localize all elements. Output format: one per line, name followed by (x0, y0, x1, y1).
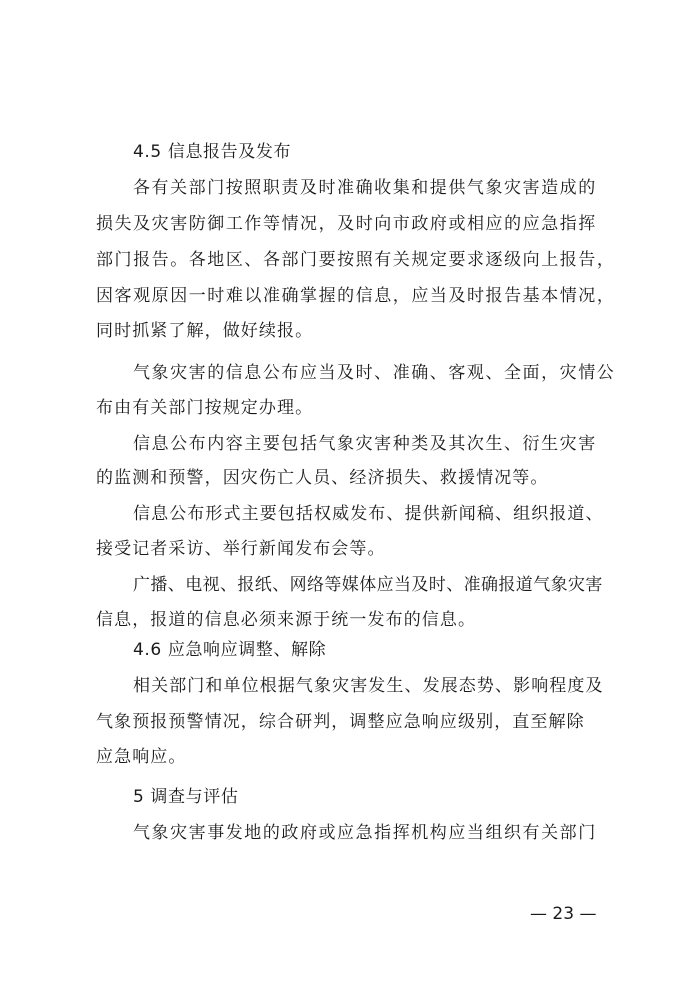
paragraph-line: 接受记者采访、举行新闻发布会等。 (96, 538, 636, 560)
page-number: — 23 — (530, 903, 596, 925)
section-heading-4-5: 4.5 信息报告及发布 (133, 141, 673, 163)
paragraph-line: 应急响应。 (96, 746, 636, 768)
paragraph-line: 信息公布内容主要包括气象灾害种类及其次生、衍生灾害 (133, 433, 673, 455)
paragraph-line: 因客观原因一时难以准确掌握的信息，应当及时报告基本情况， (96, 285, 636, 307)
paragraph-line: 同时抓紧了解，做好续报。 (96, 320, 636, 342)
paragraph-line: 布由有关部门按规定办理。 (96, 397, 636, 419)
paragraph-line: 气象预报预警情况，综合研判，调整应急响应级别，直至解除 (96, 711, 636, 733)
paragraph-line: 广播、电视、报纸、网络等媒体应当及时、准确报道气象灾害 (133, 574, 673, 596)
paragraph-line: 部门报告。各地区、各部门要按照有关规定要求逐级向上报告， (96, 249, 636, 271)
paragraph-line: 信息公布形式主要包括权威发布、提供新闻稿、组织报道、 (133, 503, 673, 525)
paragraph-line: 信息，报道的信息必须来源于统一发布的信息。 (96, 609, 636, 631)
section-heading-4-6: 4.6 应急响应调整、解除 (133, 639, 673, 661)
paragraph-line: 相关部门和单位根据气象灾害发生、发展态势、影响程度及 (133, 675, 673, 697)
document-page: 4.5 信息报告及发布 各有关部门按照职责及时准确收集和提供气象灾害造成的 损失… (0, 0, 700, 990)
section-heading-5: 5 调查与评估 (133, 786, 673, 808)
paragraph-line: 各有关部门按照职责及时准确收集和提供气象灾害造成的 (133, 177, 673, 199)
paragraph-line: 的监测和预警，因灾伤亡人员、经济损失、救援情况等。 (96, 467, 636, 489)
paragraph-line: 气象灾害的信息公布应当及时、准确、客观、全面，灾情公 (133, 362, 673, 384)
paragraph-line: 损失及灾害防御工作等情况，及时向市政府或相应的应急指挥 (96, 213, 636, 235)
paragraph-line: 气象灾害事发地的政府或应急指挥机构应当组织有关部门 (133, 822, 673, 844)
